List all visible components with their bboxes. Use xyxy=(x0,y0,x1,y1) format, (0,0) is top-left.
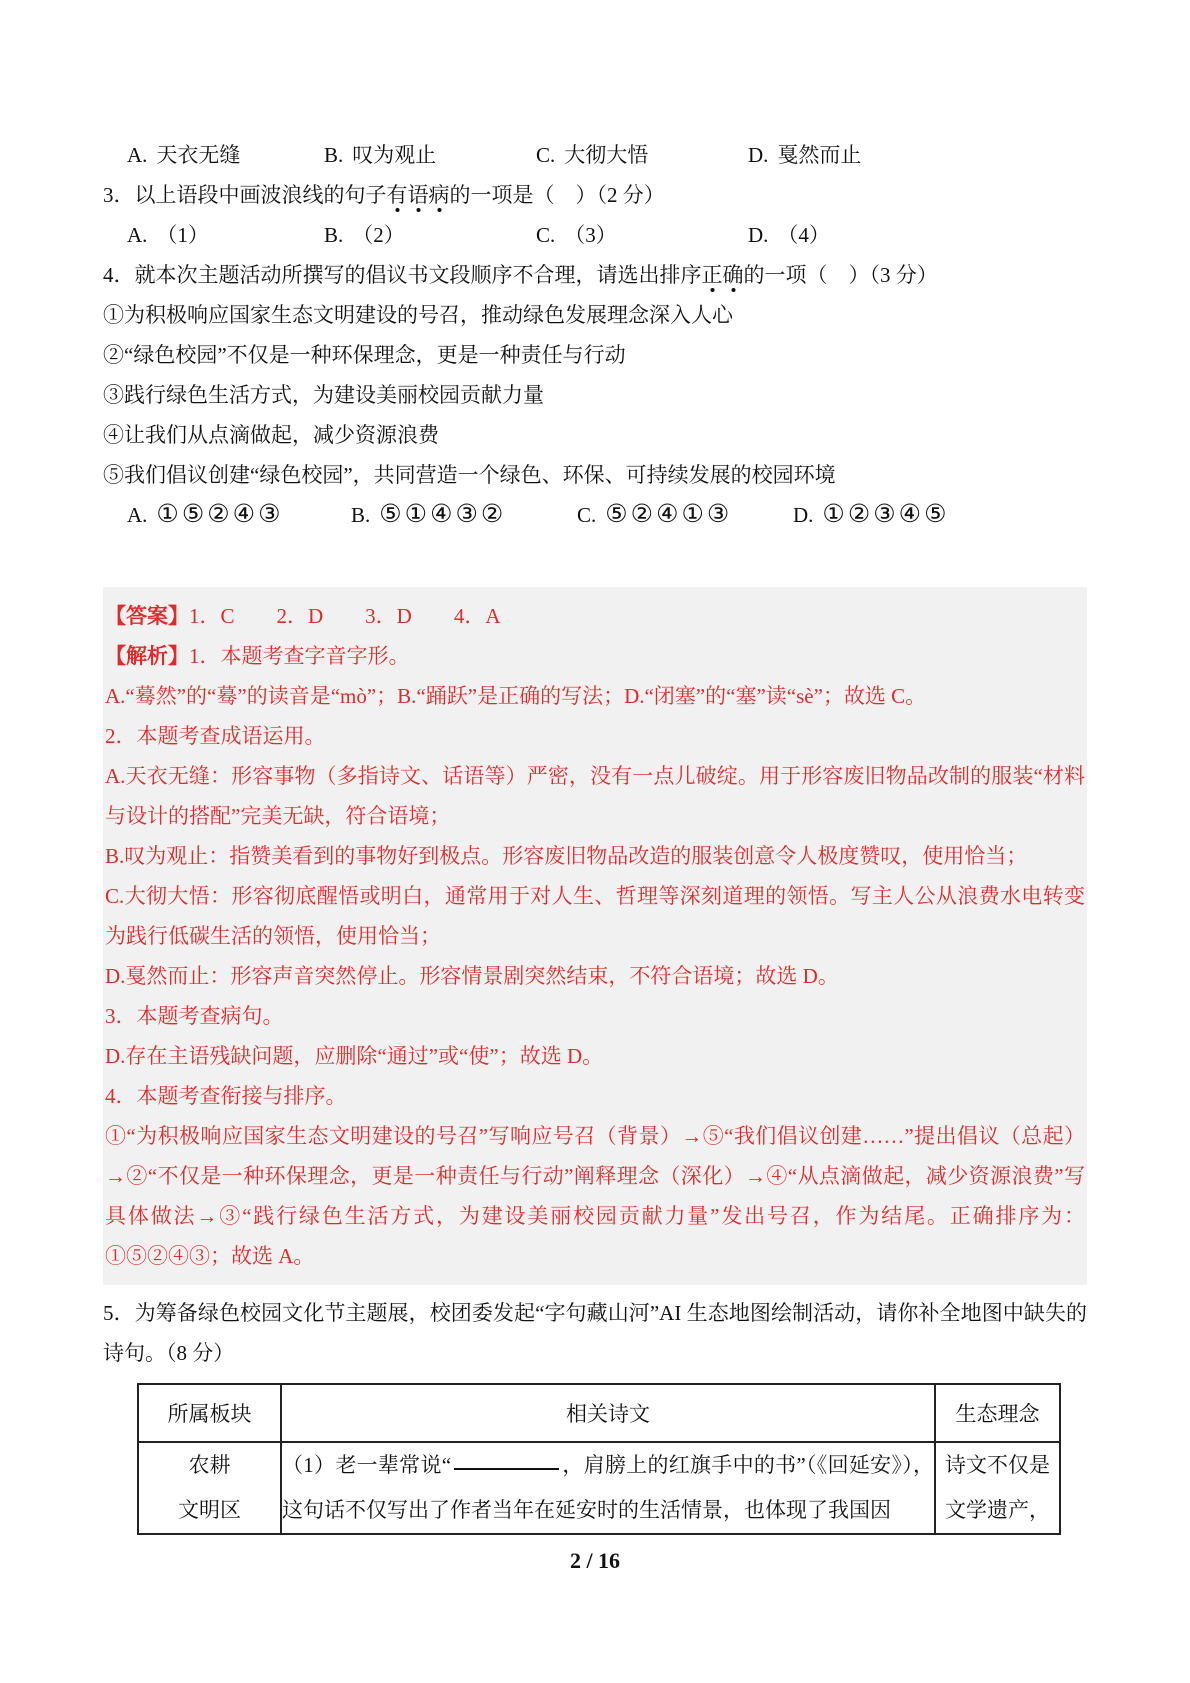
exam-page: A.天衣无缝B.叹为观止C.大彻大悟D.戛然而止 3．以上语段中画波浪线的句子有… xyxy=(0,0,1190,1683)
option-label: D. xyxy=(748,223,768,247)
answer-text: ①“为积极响应国家生态文明建设的号召”写响应号召（背景）→⑤“我们倡议创建……”… xyxy=(105,1124,1085,1268)
option-text: （3） xyxy=(564,223,617,247)
option: D.（4） xyxy=(748,215,1087,255)
page-number-footer: 2 / 16 xyxy=(0,1548,1190,1574)
table-header-row: 所属板块 相关诗文 生态理念 xyxy=(138,1384,1060,1442)
option-label: D. xyxy=(748,143,768,167)
concept-cell: 诗文不仅是 文学遗产， xyxy=(935,1442,1060,1534)
answer-text: D.存在主语残缺问题，应删除“通过”或“使”；故选 D。 xyxy=(105,1044,603,1068)
q4-item: ①为积极响应国家生态文明建设的号召，推动绿色发展理念深入人心 xyxy=(103,295,1087,335)
option-text: 叹为观止 xyxy=(352,143,436,167)
answer-text: 3．本题考查病句。 xyxy=(105,1004,284,1028)
emphasized-text: 有语病 xyxy=(387,183,450,213)
emphasized-text: 正确 xyxy=(702,263,744,293)
option: C.⑤②④①③ xyxy=(577,495,793,535)
section-line: 农耕 xyxy=(189,1453,231,1477)
q4-stem-pre: 4．就本次主题活动所撰写的倡议书文段顺序不合理，请选出排序 xyxy=(103,263,702,287)
q4-item: ⑤我们倡议创建“绿色校园”，共同营造一个绿色、环保、可持续发展的校园环境 xyxy=(103,455,1087,495)
option: B.⑤①④③② xyxy=(351,495,577,535)
answer-text: B.叹为观止：指赞美看到的事物好到极点。形容废旧物品改造的服装创意令人极度赞叹，… xyxy=(105,844,1027,868)
poem-table: 所属板块 相关诗文 生态理念 农耕 文明区 （1）老一辈常说“，肩膀上的红旗手中… xyxy=(137,1383,1061,1535)
answer-tag: 【解析】 xyxy=(105,644,189,668)
option: C.（3） xyxy=(536,215,748,255)
option-text: ①②③④⑤ xyxy=(822,501,949,528)
poem-cell: （1）老一辈常说“，肩膀上的红旗手中的书”（《回延安》），这句话不仅写出了作者当… xyxy=(281,1442,935,1534)
answer-paragraph: A.“蓦然”的“蓦”的读音是“mò”；B.“踊跃”是正确的写法；D.“闭塞”的“… xyxy=(105,676,1085,716)
q4-item: ③践行绿色生活方式，为建设美丽校园贡献力量 xyxy=(103,375,1087,415)
q5-stem: 5．为筹备绿色校园文化节主题展，校团委发起“字句藏山河”AI 生态地图绘制活动，… xyxy=(103,1293,1087,1373)
answer-paragraph: A.天衣无缝：形容事物（多指诗文、话语等）严密，没有一点儿破绽。用于形容废旧物品… xyxy=(105,756,1085,836)
option-label: A. xyxy=(127,503,147,527)
q4-item: ②“绿色校园”不仅是一种环保理念，更是一种责任与行动 xyxy=(103,335,1087,375)
poem-text-pre: （1）老一辈常说“ xyxy=(282,1453,451,1477)
answer-text: 1．本题考查字音字形。 xyxy=(189,644,410,668)
concept-line: 文学遗产， xyxy=(945,1498,1050,1522)
answer-text: A.“蓦然”的“蓦”的读音是“mò”；B.“踊跃”是正确的写法；D.“闭塞”的“… xyxy=(105,684,926,708)
option: A.①⑤②④③ xyxy=(127,495,351,535)
q3-options-row: A.（1）B.（2）C.（3）D.（4） xyxy=(103,215,1087,255)
answer-text: 4．本题考查衔接与排序。 xyxy=(105,1084,347,1108)
answer-paragraph: 【答案】1．C 2．D 3．D 4．A xyxy=(105,596,1085,636)
q4-item-list: ①为积极响应国家生态文明建设的号召，推动绿色发展理念深入人心②“绿色校园”不仅是… xyxy=(103,295,1087,495)
answer-paragraph: 2．本题考查成语运用。 xyxy=(105,716,1085,756)
option: B.（2） xyxy=(324,215,536,255)
table-header-concept: 生态理念 xyxy=(935,1384,1060,1442)
option-label: A. xyxy=(127,143,147,167)
q4-stem: 4．就本次主题活动所撰写的倡议书文段顺序不合理，请选出排序正确的一项（ ）（3 … xyxy=(103,255,1087,295)
q4-options-row: A.①⑤②④③B.⑤①④③②C.⑤②④①③D.①②③④⑤ xyxy=(103,495,1087,535)
q3-stem: 3．以上语段中画波浪线的句子有语病的一项是（ ）（2 分） xyxy=(103,175,1087,215)
option-text: ①⑤②④③ xyxy=(156,501,283,528)
option-text: ⑤①④③② xyxy=(379,501,506,528)
answer-paragraph: 4．本题考查衔接与排序。 xyxy=(105,1076,1085,1116)
option: C.大彻大悟 xyxy=(536,135,748,175)
option: D.戛然而止 xyxy=(748,135,1087,175)
option-label: B. xyxy=(351,503,370,527)
fill-in-blank xyxy=(454,1468,559,1470)
option: A.（1） xyxy=(127,215,324,255)
option-text: 戛然而止 xyxy=(777,143,861,167)
option-text: （1） xyxy=(156,223,209,247)
table-row: 农耕 文明区 （1）老一辈常说“，肩膀上的红旗手中的书”（《回延安》），这句话不… xyxy=(138,1442,1060,1534)
option-label: B. xyxy=(324,223,343,247)
section-cell: 农耕 文明区 xyxy=(138,1442,281,1534)
answer-analysis-block: 【答案】1．C 2．D 3．D 4．A【解析】1．本题考查字音字形。A.“蓦然”… xyxy=(103,587,1087,1285)
answer-text: 1．C 2．D 3．D 4．A xyxy=(189,604,501,628)
option-text: 天衣无缝 xyxy=(156,143,240,167)
answer-text: 2．本题考查成语运用。 xyxy=(105,724,326,748)
option-label: C. xyxy=(536,143,555,167)
option-label: D. xyxy=(793,503,813,527)
q3-stem-post: 的一项是（ ）（2 分） xyxy=(450,183,665,207)
q3-stem-pre: 3．以上语段中画波浪线的句子 xyxy=(103,183,387,207)
option-text: （2） xyxy=(352,223,405,247)
answer-text: D.戛然而止：形容声音突然停止。形容情景剧突然结束，不符合语境；故选 D。 xyxy=(105,964,839,988)
q4-item: ④让我们从点滴做起，减少资源浪费 xyxy=(103,415,1087,455)
option: A.天衣无缝 xyxy=(127,135,324,175)
concept-line: 诗文不仅是 xyxy=(945,1453,1050,1477)
page-content: A.天衣无缝B.叹为观止C.大彻大悟D.戛然而止 3．以上语段中画波浪线的句子有… xyxy=(0,0,1190,1535)
option-label: C. xyxy=(577,503,596,527)
q4-stem-post: 的一项（ ）（3 分） xyxy=(744,263,938,287)
section-line: 文明区 xyxy=(178,1498,241,1522)
answer-paragraph: 【解析】1．本题考查字音字形。 xyxy=(105,636,1085,676)
option: B.叹为观止 xyxy=(324,135,536,175)
q2-options-row: A.天衣无缝B.叹为观止C.大彻大悟D.戛然而止 xyxy=(103,135,1087,175)
answer-paragraph: B.叹为观止：指赞美看到的事物好到极点。形容废旧物品改造的服装创意令人极度赞叹，… xyxy=(105,836,1085,876)
option-text: 大彻大悟 xyxy=(564,143,648,167)
table-header-section: 所属板块 xyxy=(138,1384,281,1442)
option-label: C. xyxy=(536,223,555,247)
answer-paragraph: D.戛然而止：形容声音突然停止。形容情景剧突然结束，不符合语境；故选 D。 xyxy=(105,956,1085,996)
option-text: ⑤②④①③ xyxy=(605,501,732,528)
answer-paragraph: 3．本题考查病句。 xyxy=(105,996,1085,1036)
answer-paragraph: D.存在主语残缺问题，应删除“通过”或“使”；故选 D。 xyxy=(105,1036,1085,1076)
option-label: B. xyxy=(324,143,343,167)
option-text: （4） xyxy=(777,223,830,247)
option-label: A. xyxy=(127,223,147,247)
answer-paragraph: C.大彻大悟：形容彻底醒悟或明白，通常用于对人生、哲理等深刻道理的领悟。写主人公… xyxy=(105,876,1085,956)
answer-text: C.大彻大悟：形容彻底醒悟或明白，通常用于对人生、哲理等深刻道理的领悟。写主人公… xyxy=(105,884,1085,948)
table-header-poem: 相关诗文 xyxy=(281,1384,935,1442)
answer-tag: 【答案】 xyxy=(105,604,189,628)
option: D.①②③④⑤ xyxy=(793,495,1087,535)
answer-paragraph: ①“为积极响应国家生态文明建设的号召”写响应号召（背景）→⑤“我们倡议创建……”… xyxy=(105,1116,1085,1276)
answer-text: A.天衣无缝：形容事物（多指诗文、话语等）严密，没有一点儿破绽。用于形容废旧物品… xyxy=(105,764,1085,828)
